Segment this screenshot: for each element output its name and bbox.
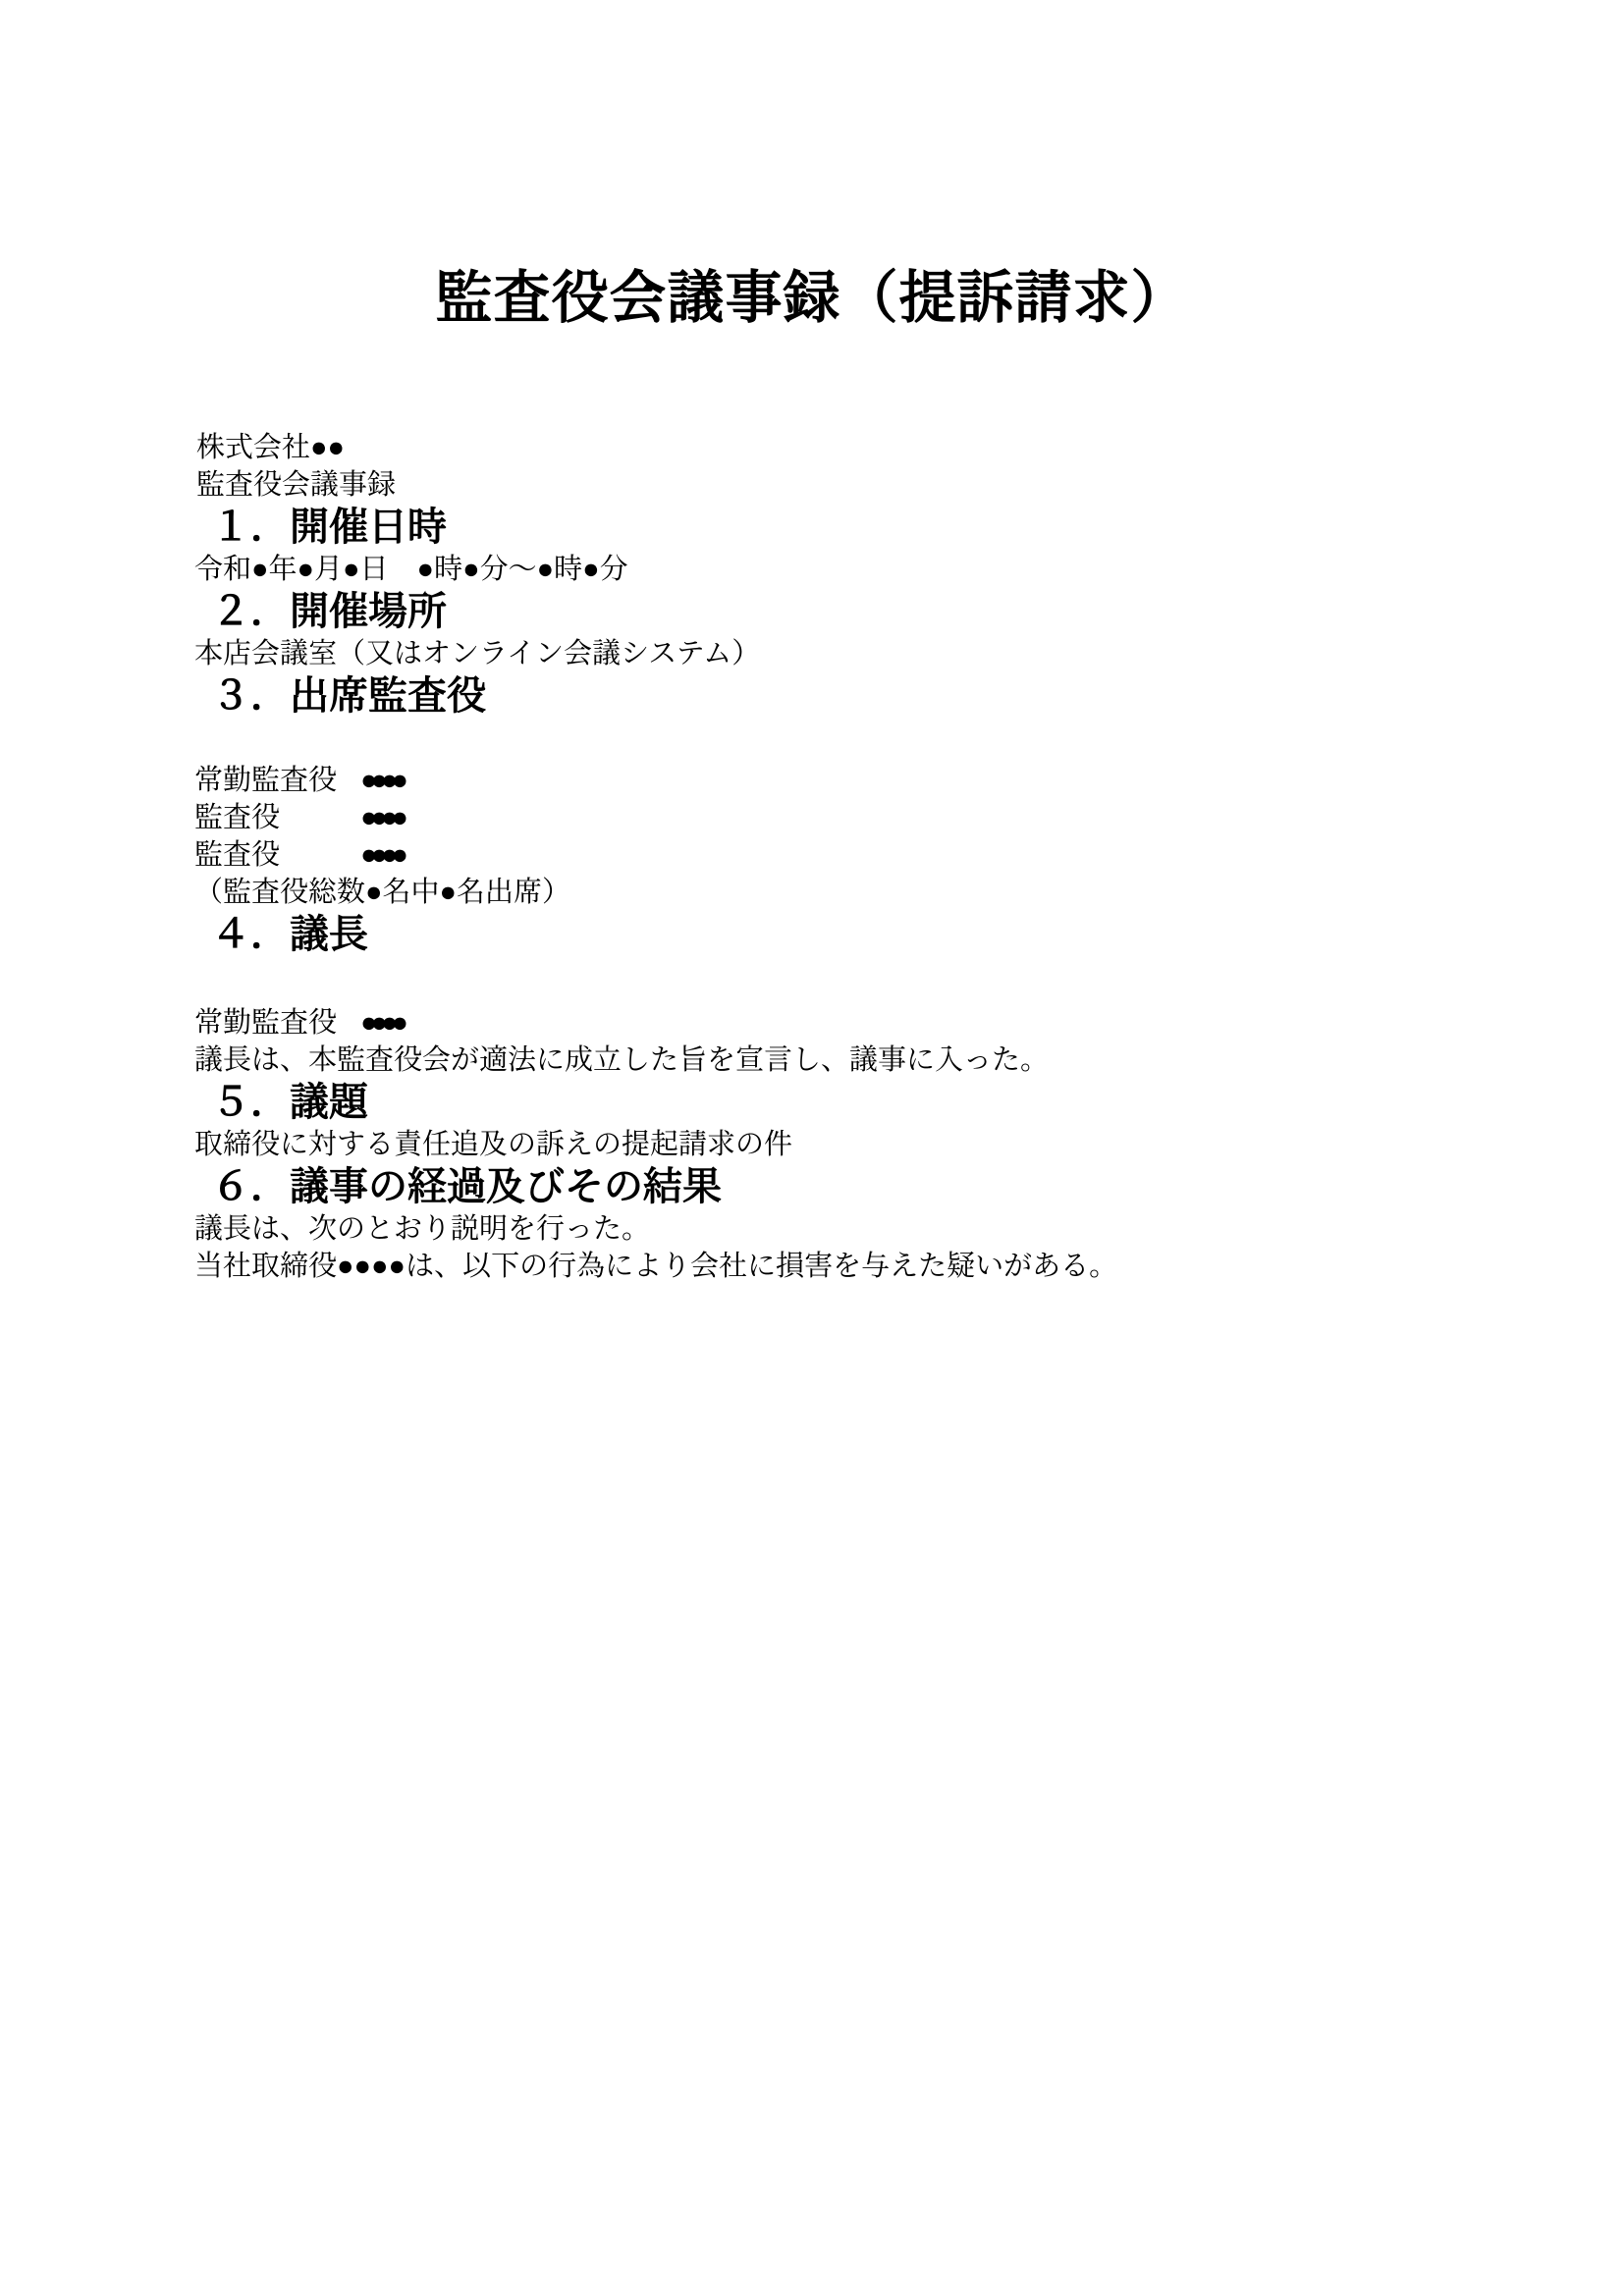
attendee-count-note: （監査役総数●名中●名出席） bbox=[194, 874, 1624, 911]
meeting-location: 本店会議室（又はオンライン会議システム） bbox=[194, 635, 1624, 672]
document-page: 監査役会議事録（提訴請求） 株式会社●● 監査役会議事録 １．開催日時 令和●年… bbox=[0, 0, 1624, 2296]
attendee-role: 監査役 bbox=[194, 836, 360, 874]
attendee-row: 監査役 ●●●● bbox=[194, 799, 1624, 836]
section-heading-date-time: １．開催日時 bbox=[211, 504, 1624, 551]
attendee-name: ●●●● bbox=[360, 836, 402, 874]
section-heading-chairperson: ４．議長 bbox=[211, 911, 1624, 958]
meeting-date-time: 令和●年●月●日 ●時●分～●時●分 bbox=[194, 551, 1624, 588]
proceedings-statement: 議長は、次のとおり説明を行った。 bbox=[194, 1210, 1624, 1248]
attendee-name: ●●●● bbox=[360, 762, 402, 799]
section-heading-attendees: ３．出席監査役 bbox=[211, 672, 1624, 720]
attendee-row: 常勤監査役 ●●●● bbox=[194, 762, 1624, 799]
chairperson-row: 常勤監査役 ●●●● bbox=[194, 1004, 1624, 1041]
section-heading-location: ２．開催場所 bbox=[211, 588, 1624, 635]
chairperson-name: ●●●● bbox=[360, 1004, 402, 1041]
agenda-item: 取締役に対する責任追及の訴えの提起請求の件 bbox=[194, 1126, 1624, 1163]
section-heading-proceedings: ６．議事の経過及びその結果 bbox=[211, 1163, 1624, 1210]
document-title: 監査役会議事録（提訴請求） bbox=[0, 265, 1624, 332]
attendee-list: 常勤監査役 ●●●● 監査役 ●●●● 監査役 ●●●● bbox=[194, 762, 1624, 874]
company-name: 株式会社●● bbox=[196, 429, 1624, 466]
proceedings-allegation: 当社取締役●●●●は、以下の行為により会社に損害を与えた疑いがある。 bbox=[194, 1248, 1624, 1285]
chairperson-declaration: 議長は、本監査役会が適法に成立した旨を宣言し、議事に入った。 bbox=[194, 1041, 1624, 1079]
document-intro: 株式会社●● 監査役会議事録 bbox=[196, 429, 1624, 504]
attendee-name: ●●●● bbox=[360, 799, 402, 836]
section-heading-agenda: ５．議題 bbox=[211, 1079, 1624, 1126]
attendee-role: 常勤監査役 bbox=[194, 762, 360, 799]
document-type-label: 監査役会議事録 bbox=[196, 466, 1624, 504]
chairperson-role: 常勤監査役 bbox=[194, 1004, 360, 1041]
attendee-row: 監査役 ●●●● bbox=[194, 836, 1624, 874]
attendee-role: 監査役 bbox=[194, 799, 360, 836]
